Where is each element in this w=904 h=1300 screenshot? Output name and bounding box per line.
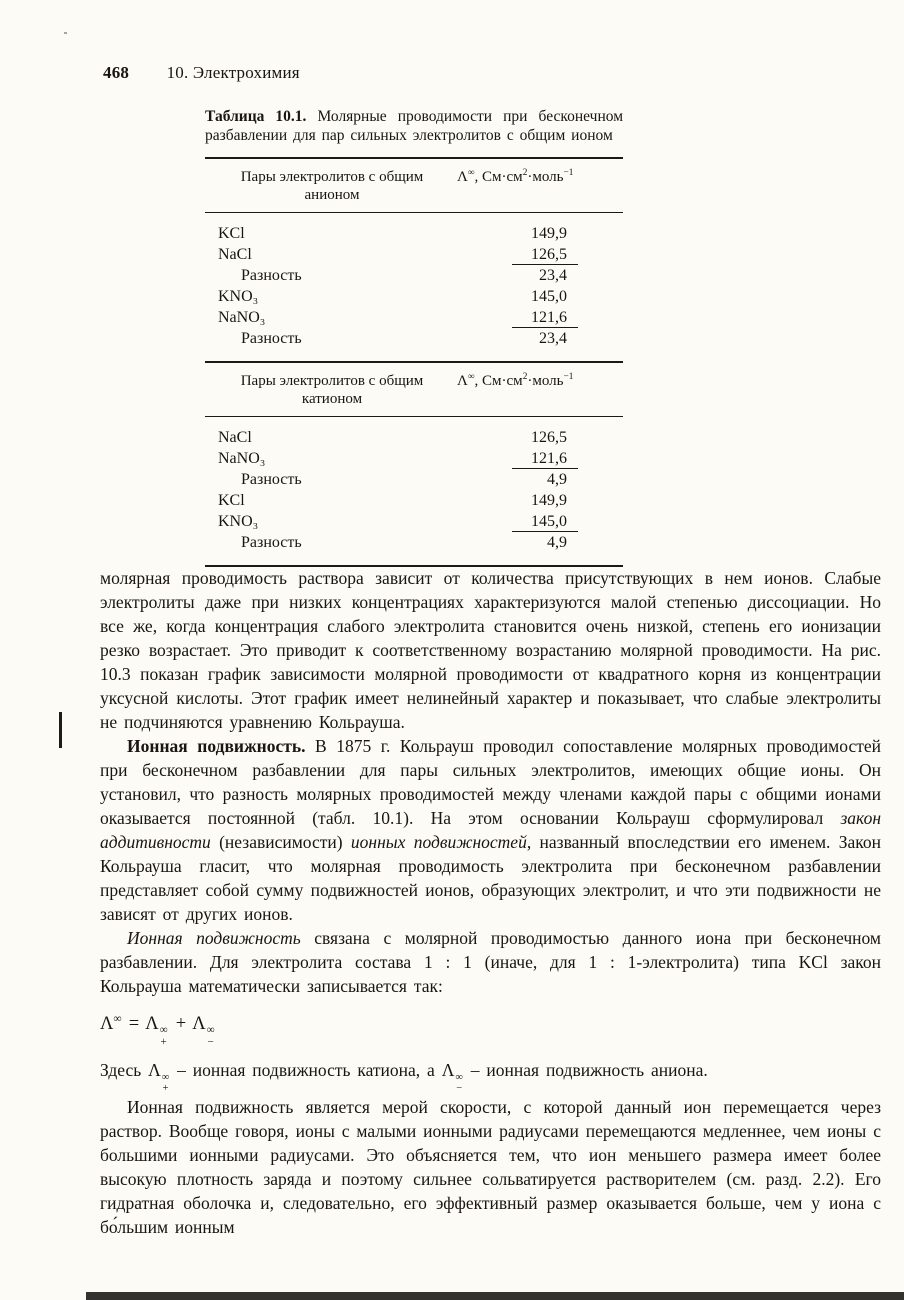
book-page: 468 10. Электрохимия Таблица 10.1. Моляр… — [0, 0, 904, 1300]
electrolyte-label: NaNO₃ — [205, 450, 512, 468]
table-row: NaNO₃121,6 — [205, 309, 623, 330]
table-row: KCl149,9 — [205, 492, 623, 513]
page-number: 468 — [103, 63, 129, 82]
electrolyte-label: NaCl — [205, 246, 512, 264]
chapter-title: 10. Электрохимия — [167, 63, 300, 82]
difference-value: 23,4 — [512, 330, 578, 348]
electrolyte-label: NaNO₃ — [205, 309, 512, 327]
table-row: KCl149,9 — [205, 225, 623, 246]
difference-label: Разность — [205, 267, 512, 285]
difference-value: 4,9 — [512, 471, 578, 489]
conductivity-value: 121,6 — [512, 309, 578, 328]
table-body-anion: KCl149,9 NaCl126,5 Разность23,4 KNO₃145,… — [205, 213, 623, 361]
table-row: NaCl126,5 — [205, 429, 623, 450]
paragraph-conductivity-weak-electrolytes: молярная проводимость раствора зависит о… — [100, 566, 881, 734]
running-head: 468 10. Электрохимия — [103, 63, 300, 83]
paragraph-ionic-mobility-law: Ионная подвижность. В 1875 г. Кольрауш п… — [100, 734, 881, 926]
table-header-cation: Пары электролитов с общим катионом Λ∞, С… — [205, 363, 623, 416]
column-header-conductivity: Λ∞, См·см2·моль−1 — [453, 372, 623, 390]
table-row: Разность23,4 — [205, 330, 623, 351]
scan-margin-mark — [59, 712, 62, 748]
difference-value: 4,9 — [512, 534, 578, 552]
difference-label: Разность — [205, 330, 512, 348]
column-header-pairs: Пары электролитов с общим анионом — [205, 168, 453, 204]
table-row: Разность4,9 — [205, 471, 623, 492]
table-row: Разность23,4 — [205, 267, 623, 288]
conductivity-value: 126,5 — [512, 246, 578, 265]
conductivity-value: 121,6 — [512, 450, 578, 469]
conductivity-value: 145,0 — [512, 288, 578, 306]
electrolyte-label: NaCl — [205, 429, 512, 447]
table-row: KNO₃145,0 — [205, 513, 623, 534]
conductivity-value: 149,9 — [512, 492, 578, 510]
table-row: NaNO₃121,6 — [205, 450, 623, 471]
electrolyte-label: KCl — [205, 492, 512, 510]
conductivity-value: 126,5 — [512, 429, 578, 447]
table-row: KNO₃145,0 — [205, 288, 623, 309]
table-caption-label: Таблица 10.1. — [205, 108, 306, 125]
paragraph-equation-legend: Здесь Λ∞+ – ионная подвижность катиона, … — [100, 1058, 881, 1095]
table-caption: Таблица 10.1. Молярные проводимости при … — [205, 107, 623, 145]
paragraph-kohlrausch-law-intro: Ионная подвижность связана с молярной пр… — [100, 926, 881, 998]
difference-value: 23,4 — [512, 267, 578, 285]
conductivity-value: 145,0 — [512, 513, 578, 532]
kohlrausch-equation: Λ∞ = Λ∞+ + Λ∞− — [100, 1012, 881, 1048]
electrolyte-label: KCl — [205, 225, 512, 243]
body-text: молярная проводимость раствора зависит о… — [100, 566, 881, 1239]
scan-speck — [64, 32, 67, 34]
table-header-anion: Пары электролитов с общим анионом Λ∞, См… — [205, 159, 623, 212]
difference-label: Разность — [205, 534, 512, 552]
table-body-cation: NaCl126,5 NaNO₃121,6 Разность4,9 KCl149,… — [205, 417, 623, 565]
electrolyte-label: KNO₃ — [205, 288, 512, 306]
table-10-1: Таблица 10.1. Молярные проводимости при … — [205, 107, 623, 567]
conductivity-value: 149,9 — [512, 225, 578, 243]
scan-bottom-bar — [86, 1292, 904, 1300]
difference-label: Разность — [205, 471, 512, 489]
electrolyte-label: KNO₃ — [205, 513, 512, 531]
column-header-pairs: Пары электролитов с общим катионом — [205, 372, 453, 408]
column-header-conductivity: Λ∞, См·см2·моль−1 — [453, 168, 623, 186]
table-row: NaCl126,5 — [205, 246, 623, 267]
paragraph-ion-speed: Ионная подвижность является мерой скорос… — [100, 1095, 881, 1239]
table-row: Разность4,9 — [205, 534, 623, 555]
